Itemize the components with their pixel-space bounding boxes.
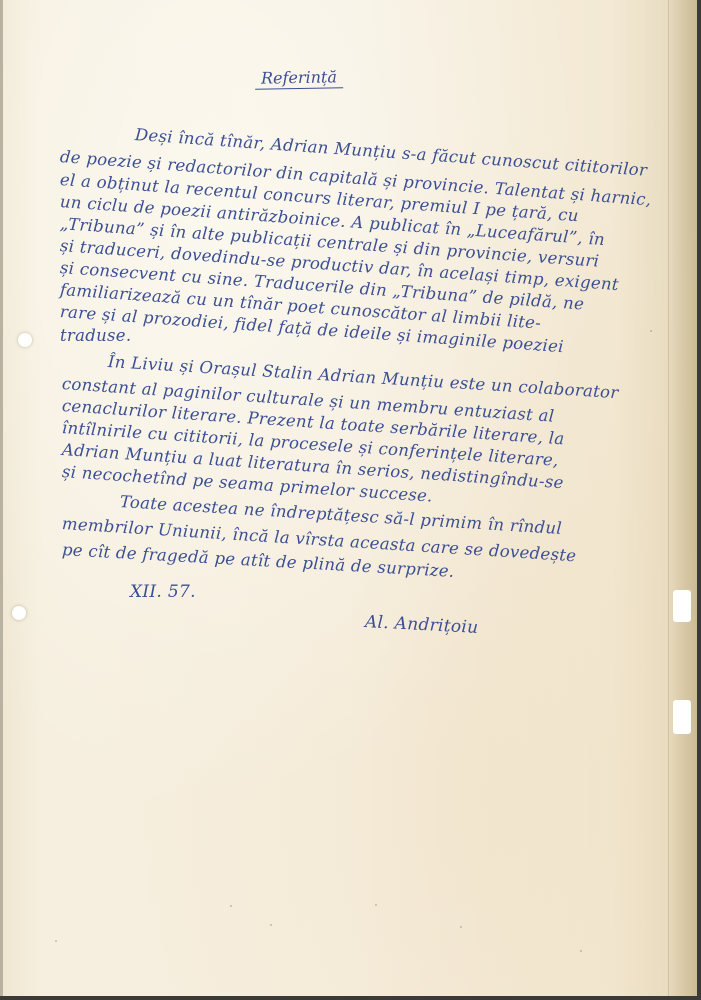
paper-spot xyxy=(230,905,232,907)
paper-spot xyxy=(270,924,272,926)
document-title: Referință xyxy=(255,67,343,90)
punch-hole-bottom xyxy=(12,606,26,620)
paper-sheet: Referință Deși încă tînăr, Adrian Munțiu… xyxy=(0,0,697,996)
paper-spot xyxy=(460,926,462,928)
paper-spot xyxy=(55,940,57,942)
edge-tear-lower xyxy=(673,700,691,734)
author-signature: Al. Andrițoiu xyxy=(364,612,478,638)
paper-left-edge xyxy=(0,0,3,996)
paragraph-1-line-10: traduse. xyxy=(60,326,131,345)
punch-hole-top xyxy=(18,333,32,347)
document-date: XII. 57. xyxy=(130,582,196,602)
paper-spot xyxy=(580,950,582,952)
paper-right-fold xyxy=(667,0,697,996)
paper-crease xyxy=(668,0,669,996)
paper-spot xyxy=(650,330,652,332)
edge-tear-upper xyxy=(673,590,691,622)
paper-spot xyxy=(375,904,377,906)
